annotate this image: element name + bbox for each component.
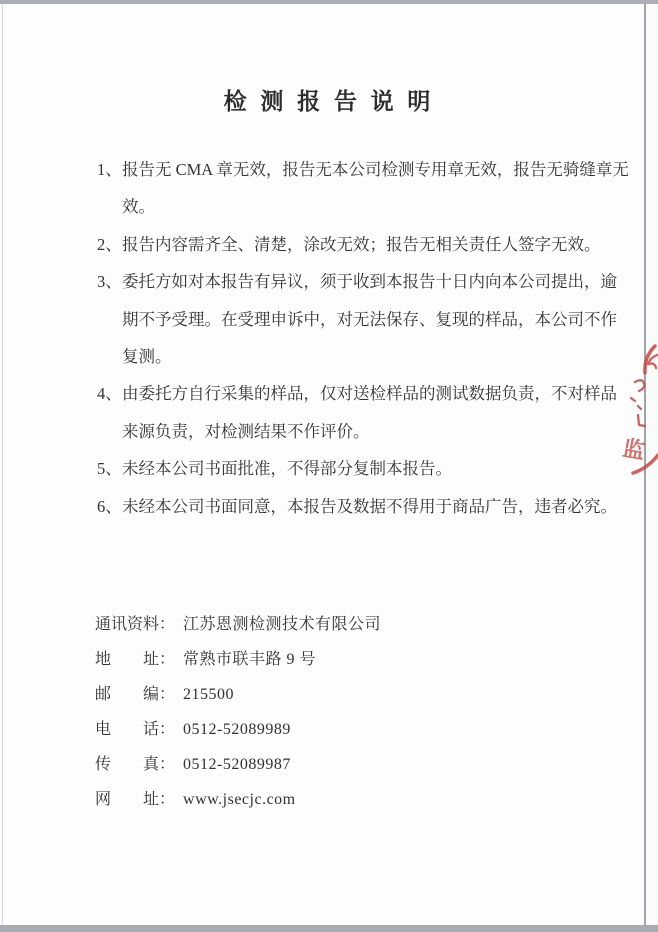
text-line: 由委托方自行采集的样品，仅对送检样品的测试数据负责，不对样品 bbox=[122, 375, 637, 412]
note-item: 4、 由委托方自行采集的样品，仅对送检样品的测试数据负责，不对样品来源负责，对检… bbox=[97, 375, 637, 450]
note-item-text: 报告无 CMA 章无效，报告无本公司检测专用章无效，报告无骑缝章无效。 bbox=[122, 151, 637, 226]
page-title: 检 测 报 告 说 明 bbox=[0, 83, 658, 116]
text-line: 未经本公司书面批准，不得部分复制本报告。 bbox=[122, 450, 637, 487]
notes-list: 1、 报告无 CMA 章无效，报告无本公司检测专用章无效，报告无骑缝章无效。 2… bbox=[97, 151, 637, 525]
contact-label: 地址 bbox=[95, 642, 159, 677]
note-item: 6、 未经本公司书面同意，本报告及数据不得用于商品广告，违者必究。 bbox=[97, 488, 637, 525]
contact-colon: ： bbox=[159, 677, 175, 712]
contact-label: 邮编 bbox=[95, 677, 159, 712]
contact-row: 电话：0512-52089989 bbox=[95, 712, 381, 747]
note-item: 5、 未经本公司书面批准，不得部分复制本报告。 bbox=[97, 450, 637, 487]
contact-row: 邮编：215500 bbox=[95, 677, 381, 712]
note-item-number: 3、 bbox=[97, 263, 122, 300]
note-item-text: 由委托方自行采集的样品，仅对送检样品的测试数据负责，不对样品来源负责，对检测结果… bbox=[122, 375, 637, 450]
note-item-text: 委托方如对本报告有异议，须于收到本报告十日内向本公司提出，逾期不予受理。在受理申… bbox=[122, 263, 637, 375]
note-item-text: 报告内容需齐全、清楚，涂改无效；报告无相关责任人签字无效。 bbox=[122, 226, 637, 263]
text-line: 未经本公司书面同意，本报告及数据不得用于商品广告，违者必究。 bbox=[122, 488, 637, 525]
contact-label: 电话 bbox=[95, 712, 159, 747]
text-line: 报告无 CMA 章无效，报告无本公司检测专用章无效，报告无骑缝章无 bbox=[122, 151, 637, 188]
text-line: 效。 bbox=[122, 188, 637, 225]
contact-colon: ： bbox=[159, 712, 175, 747]
text-line: 复测。 bbox=[122, 338, 637, 375]
contact-label: 传真 bbox=[95, 747, 159, 782]
seal-character-fragment-2 bbox=[635, 380, 644, 391]
contact-row: 通讯资料：江苏恩测检测技术有限公司 bbox=[95, 607, 381, 642]
note-item-number: 5、 bbox=[97, 450, 122, 487]
contact-row: 网址：www.jsecjc.com bbox=[95, 782, 381, 817]
note-item-text: 未经本公司书面批准，不得部分复制本报告。 bbox=[122, 450, 637, 487]
contact-value: 0512-52089989 bbox=[183, 721, 291, 738]
text-line: 来源负责，对检测结果不作评价。 bbox=[122, 413, 637, 450]
contact-label: 网址 bbox=[95, 782, 159, 817]
text-line: 报告内容需齐全、清楚，涂改无效；报告无相关责任人签字无效。 bbox=[122, 226, 637, 263]
text-line: 委托方如对本报告有异议，须于收到本报告十日内向本公司提出，逾 bbox=[122, 263, 637, 300]
contact-colon: ： bbox=[159, 607, 175, 642]
contact-value: 江苏恩测检测技术有限公司 bbox=[183, 616, 381, 633]
scan-edge-left bbox=[2, 4, 3, 925]
note-item-number: 4、 bbox=[97, 375, 122, 412]
contact-value: www.jsecjc.com bbox=[183, 791, 296, 808]
contact-value: 0512-52089987 bbox=[183, 756, 291, 773]
contact-row: 传真：0512-52089987 bbox=[95, 747, 381, 782]
note-item: 3、 委托方如对本报告有异议，须于收到本报告十日内向本公司提出，逾期不予受理。在… bbox=[97, 263, 637, 375]
note-item-number: 6、 bbox=[97, 488, 122, 525]
note-item-number: 1、 bbox=[97, 151, 122, 188]
text-line: 期不予受理。在受理申诉中，对无法保存、复现的样品，本公司不作 bbox=[122, 301, 637, 338]
contact-colon: ： bbox=[159, 747, 175, 782]
note-item: 2、 报告内容需齐全、清楚，涂改无效；报告无相关责任人签字无效。 bbox=[97, 226, 637, 263]
contact-colon: ： bbox=[159, 782, 175, 817]
note-item-number: 2、 bbox=[97, 226, 122, 263]
seal-character-fragment-5: 监 bbox=[621, 435, 647, 463]
contact-label: 通讯资料 bbox=[95, 607, 159, 642]
seal-character-fragment-4 bbox=[638, 415, 645, 426]
contact-value: 215500 bbox=[183, 686, 234, 703]
document-page: 检 测 报 告 说 明 1、 报告无 CMA 章无效，报告无本公司检测专用章无效… bbox=[0, 0, 658, 932]
scan-edge-top bbox=[0, 0, 658, 4]
scan-edge-bottom bbox=[0, 925, 658, 932]
contact-row: 地址：常熟市联丰路 9 号 bbox=[95, 642, 381, 677]
red-seal-stamp-partial: 监 bbox=[616, 340, 658, 482]
note-item-text: 未经本公司书面同意，本报告及数据不得用于商品广告，违者必究。 bbox=[122, 488, 637, 525]
contact-block: 通讯资料：江苏恩测检测技术有限公司 地址：常熟市联丰路 9 号 邮编：21550… bbox=[95, 607, 381, 817]
seal-character-fragment-3 bbox=[631, 398, 641, 409]
contact-colon: ： bbox=[159, 642, 175, 677]
note-item: 1、 报告无 CMA 章无效，报告无本公司检测专用章无效，报告无骑缝章无效。 bbox=[97, 151, 637, 226]
contact-value: 常熟市联丰路 9 号 bbox=[183, 651, 316, 668]
seal-character-fragment-1 bbox=[648, 355, 657, 368]
